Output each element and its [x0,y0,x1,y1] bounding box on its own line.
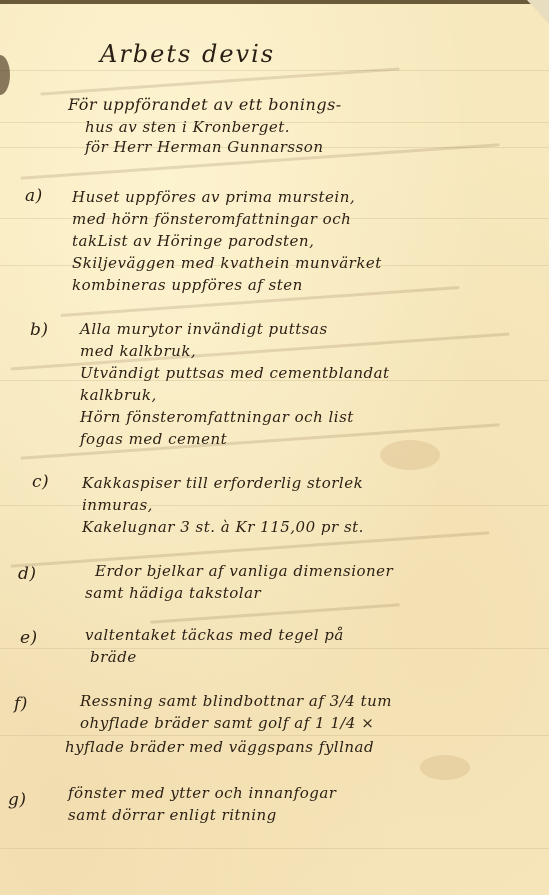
section-label-c: c) [32,472,49,492]
section-c-line: Kakkaspiser till erforderlig storlek [82,474,363,492]
section-label-g: g) [8,790,27,810]
document-title: Arbets devis [100,40,275,68]
section-label-f: f) [14,694,28,714]
section-label-a: a) [25,186,43,206]
ruled-line [0,70,549,71]
section-f-line: ohyflade bräder samt golf af 1 1/4 × [80,714,374,732]
section-g-line: samt dörrar enligt ritning [68,806,277,824]
bleed-through [150,603,400,623]
edge-stain [0,55,10,95]
section-e-line: valtentaket täckas med tegel på [85,626,344,644]
section-g-line: fönster med ytter och innanfogar [68,784,336,802]
heading-line: För uppförandet av ett bonings- [68,95,342,114]
section-d-line: Erdor bjelkar af vanliga dimensioner [95,562,393,580]
section-b-line: med kalkbruk, [80,342,196,360]
heading-line: hus av sten i Kronberget. [85,118,290,136]
section-f-line: hyflade bräder med väggspans fyllnad [65,738,374,756]
page-top-edge [0,0,549,4]
ruled-line [0,735,549,736]
heading-line: för Herr Herman Gunnarsson [85,138,323,156]
ruled-line [0,848,549,849]
section-a-line: kombineras uppföres af sten [72,276,303,294]
manuscript-page: Arbets devis För uppförandet av ett boni… [0,0,549,895]
section-e-line: bräde [90,648,137,666]
section-b-line: Alla murytor invändigt puttsas [80,320,328,338]
section-b-line: kalkbruk, [80,386,157,404]
section-c-line: Kakelugnar 3 st. à Kr 115,00 pr st. [82,518,364,536]
ruled-line [0,648,549,649]
stain [420,755,470,780]
section-a-line: Huset uppföres av prima murstein, [72,188,355,206]
folded-corner [527,0,549,24]
bleed-through [40,67,399,95]
section-d-line: samt hädiga takstolar [85,584,261,602]
section-b-line: Hörn fönsteromfattningar och list [80,408,354,426]
section-b-line: Utvändigt puttsas med cementblandat [80,364,390,382]
section-a-line: med hörn fönsteromfattningar och [72,210,351,228]
section-a-line: takList av Höringe parodsten, [72,232,314,250]
section-label-b: b) [30,320,49,340]
stain [380,440,440,470]
section-f-line: Ressning samt blindbottnar af 3/4 tum [80,692,392,710]
section-a-line: Skiljeväggen med kvathein munvärket [72,254,382,272]
section-c-line: inmuras, [82,496,153,514]
section-label-d: d) [18,564,37,584]
section-label-e: e) [20,628,38,648]
section-b-line: fogas med cement [80,430,227,448]
